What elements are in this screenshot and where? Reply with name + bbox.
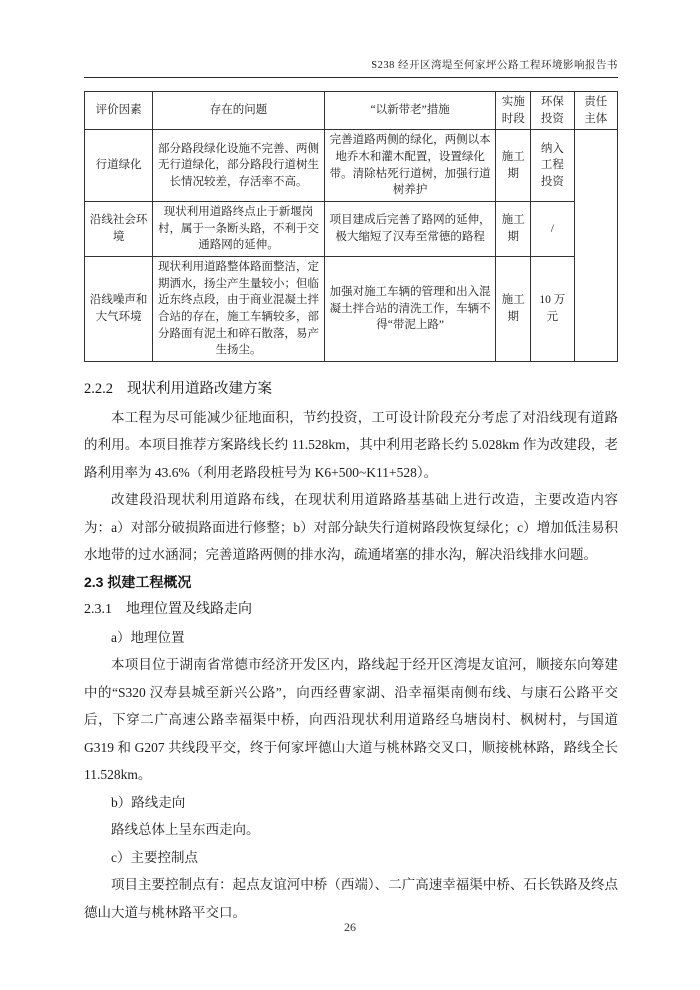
- paragraph-location: 本项目位于湖南省常德市经济开发区内，路线起于经开区湾堤友谊河，顺接东向筹建中的“…: [84, 651, 618, 789]
- cell-factor: 沿线社会环境: [85, 202, 153, 257]
- list-item-a: a）地理位置: [84, 624, 618, 652]
- page-content: S238 经开区湾堤至何家坪公路工程环境影响报告书 评价因素 存在的问题 “以新…: [84, 0, 618, 926]
- page-number: 26: [0, 920, 700, 935]
- cell-measure: 加强对施工车辆的管理和出入混凝土拌合站的清洗工作，车辆不得“带泥上路”: [324, 257, 496, 362]
- col-header-responsibility: 责任主体: [574, 92, 617, 130]
- cell-problem: 现状利用道路终点止于新堰岗村，属于一条断头路，不利于交通路网的延伸。: [153, 202, 325, 257]
- cell-responsibility: [574, 130, 617, 362]
- list-item-c: c）主要控制点: [84, 844, 618, 872]
- paragraph-control-points: 项目主要控制点有：起点友谊河中桥（西端）、二广高速幸福渠中桥、石长铁路及终点德山…: [84, 871, 618, 926]
- section-heading-23: 2.3 拟建工程概况: [84, 569, 618, 597]
- cell-period: 施工期: [496, 202, 531, 257]
- table-header-row: 评价因素 存在的问题 “以新带老”措施 实施时段 环保投资 责任主体: [85, 92, 618, 130]
- paragraph-direction: 路线总体上呈东西走向。: [84, 816, 618, 844]
- cell-measure: 项目建成后完善了路网的延伸，极大缩短了汉寿至常德的路程: [324, 202, 496, 257]
- cell-investment: 纳入工程投资: [531, 130, 574, 202]
- section-number: 2.2.2: [84, 381, 113, 397]
- cell-measure: 完善道路两侧的绿化，两侧以本地乔木和灌木配置，设置绿化带。清除枯死行道树，加强行…: [324, 130, 496, 202]
- col-header-problem: 存在的问题: [153, 92, 325, 130]
- section-title: 地理位置及线路走向: [126, 602, 252, 617]
- table-row: 沿线社会环境 现状利用道路终点止于新堰岗村，属于一条断头路，不利于交通路网的延伸…: [85, 202, 618, 257]
- table-row: 沿线噪声和大气环境 现状利用道路整体路面整洁，定期洒水，扬尘产生量较小；但临近东…: [85, 257, 618, 362]
- cell-period: 施工期: [496, 257, 531, 362]
- col-header-period: 实施时段: [496, 92, 531, 130]
- cell-investment: 10 万元: [531, 257, 574, 362]
- section-number: 2.3.1: [84, 602, 112, 617]
- table-row: 行道绿化 部分路段绿化设施不完善、两侧无行道绿化，部分路段行道树生长情况较差，存…: [85, 130, 618, 202]
- cell-period: 施工期: [496, 130, 531, 202]
- section-heading-231: 2.3.1地理位置及线路走向: [84, 596, 618, 624]
- cell-investment: /: [531, 202, 574, 257]
- cell-factor: 沿线噪声和大气环境: [85, 257, 153, 362]
- col-header-measure: “以新带老”措施: [324, 92, 496, 130]
- paragraph-road-reuse: 本工程为尽可能减少征地面积，节约投资，工可设计阶段充分考虑了对沿线现有道路的利用…: [84, 404, 618, 487]
- cell-factor: 行道绿化: [85, 130, 153, 202]
- document-page: S238 经开区湾堤至何家坪公路工程环境影响报告书 评价因素 存在的问题 “以新…: [0, 0, 700, 990]
- section-title: 现状利用道路改建方案: [127, 381, 272, 397]
- list-item-b: b）路线走向: [84, 789, 618, 817]
- measures-table: 评价因素 存在的问题 “以新带老”措施 实施时段 环保投资 责任主体 行道绿化 …: [84, 91, 618, 362]
- col-header-factor: 评价因素: [85, 92, 153, 130]
- running-header: S238 经开区湾堤至何家坪公路工程环境影响报告书: [84, 0, 618, 78]
- cell-problem: 部分路段绿化设施不完善、两侧无行道绿化，部分路段行道树生长情况较差，存活率不高。: [153, 130, 325, 202]
- paragraph-rebuild-content: 改建段沿现状利用道路布线，在现状利用道路路基基础上进行改造，主要改造内容为：a）…: [84, 486, 618, 569]
- col-header-investment: 环保投资: [531, 92, 574, 130]
- section-heading-222: 2.2.2现状利用道路改建方案: [84, 376, 618, 404]
- cell-problem: 现状利用道路整体路面整洁，定期洒水，扬尘产生量较小；但临近东终点段，由于商业混凝…: [153, 257, 325, 362]
